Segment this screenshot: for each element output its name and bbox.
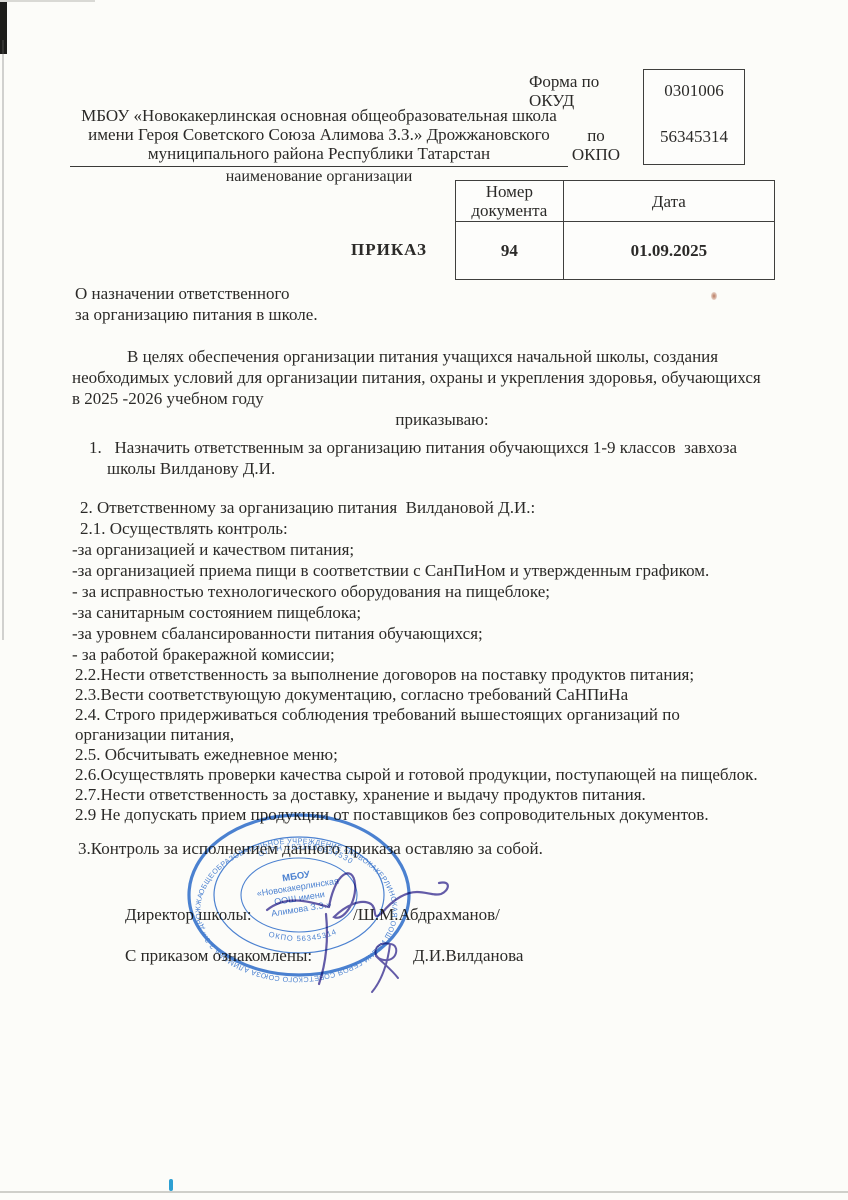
order-item-line: -за организацией приема пищи в соответст… [72,560,822,581]
okpo-label-line2: ОКПО [566,145,626,164]
director-signature [255,852,455,992]
order-item-line: -за санитарным состоянием пищеблока; [72,602,822,623]
doc-number-value-cell: 94 [456,221,564,279]
order-item-line: 2.6.Осуществлять проверки качества сырой… [75,765,822,785]
order-item-line: 2. Ответственному за организацию питания… [80,497,822,518]
okud-code-value: 0301006 [664,81,724,101]
okud-label-line1: Форма по [529,72,599,91]
doc-date-value-cell: 01.09.2025 [564,221,774,279]
order-type-label: ПРИКАЗ [351,240,427,260]
doc-number-header-cell: Номер документа [456,181,564,221]
okud-label: Форма по ОКУД [529,72,599,110]
organization-name-line3: муниципального района Республики Татарст… [70,144,568,163]
scan-edge-top [0,0,95,2]
order-item-line: 2.2.Нести ответственность за выполнение … [75,665,822,685]
okpo-label: по ОКПО [566,126,626,164]
order-item-line: школы Вилданову Д.И. [107,458,822,479]
okpo-label-line1: по [566,126,626,145]
order-decree-word: приказываю: [62,409,822,430]
order-item-line: -за уровнем сбалансированности питания о… [72,623,822,644]
okpo-code-box: 56345314 [643,110,745,165]
order-item-line: 1. Назначить ответственным за организаци… [89,437,822,458]
okpo-code-value: 56345314 [660,127,728,147]
order-body: О назначении ответственного за организац… [62,283,822,859]
order-item-line: -за организацией и качеством питания; [72,539,822,560]
order-preamble-line: необходимых условий для организации пита… [72,367,822,388]
doc-meta-table: Номер документа Дата 94 01.09.2025 [455,180,775,280]
order-item-line: 2.3.Вести соответствующую документацию, … [75,685,822,705]
doc-date-header-cell: Дата [564,181,774,221]
order-item-line: 2.4. Строго придерживаться соблюдения тр… [75,705,822,725]
order-item-line: 2.7.Нести ответственность за доставку, х… [75,785,822,805]
organization-name: МБОУ «Новокакерлинская основная общеобра… [70,106,568,167]
okud-code-box: 0301006 [643,69,745,112]
scan-speck-blue [169,1179,173,1191]
organization-name-line1: МБОУ «Новокакерлинская основная общеобра… [70,106,568,125]
order-item-line: организации питания, [75,725,822,745]
order-preamble-line: в 2025 -2026 учебном году [72,388,822,409]
scan-edge-bottom [0,1191,848,1193]
doc-meta-table-data-row: 94 01.09.2025 [456,221,774,279]
order-item-line: - за работой бракеражной комиссии; [72,644,822,665]
doc-meta-table-header-row: Номер документа Дата [456,181,774,221]
scanned-order-document: Форма по ОКУД 0301006 56345314 по ОКПО М… [0,0,848,1200]
order-item-line: - за исправностью технологического обору… [72,581,822,602]
scan-edge-left-line [2,40,4,640]
ack-signature [362,936,408,996]
order-subject-line: за организацию питания в школе. [75,304,822,325]
organization-name-line2: имени Героя Советского Союза Алимова З.З… [70,125,568,144]
order-subject-line: О назначении ответственного [75,283,822,304]
order-item-line: 2.5. Обсчитывать ежедневное меню; [75,745,822,765]
order-item-line: 2.1. Осуществлять контроль: [80,518,822,539]
order-preamble-line: В целях обеспечения организации питания … [72,346,822,367]
